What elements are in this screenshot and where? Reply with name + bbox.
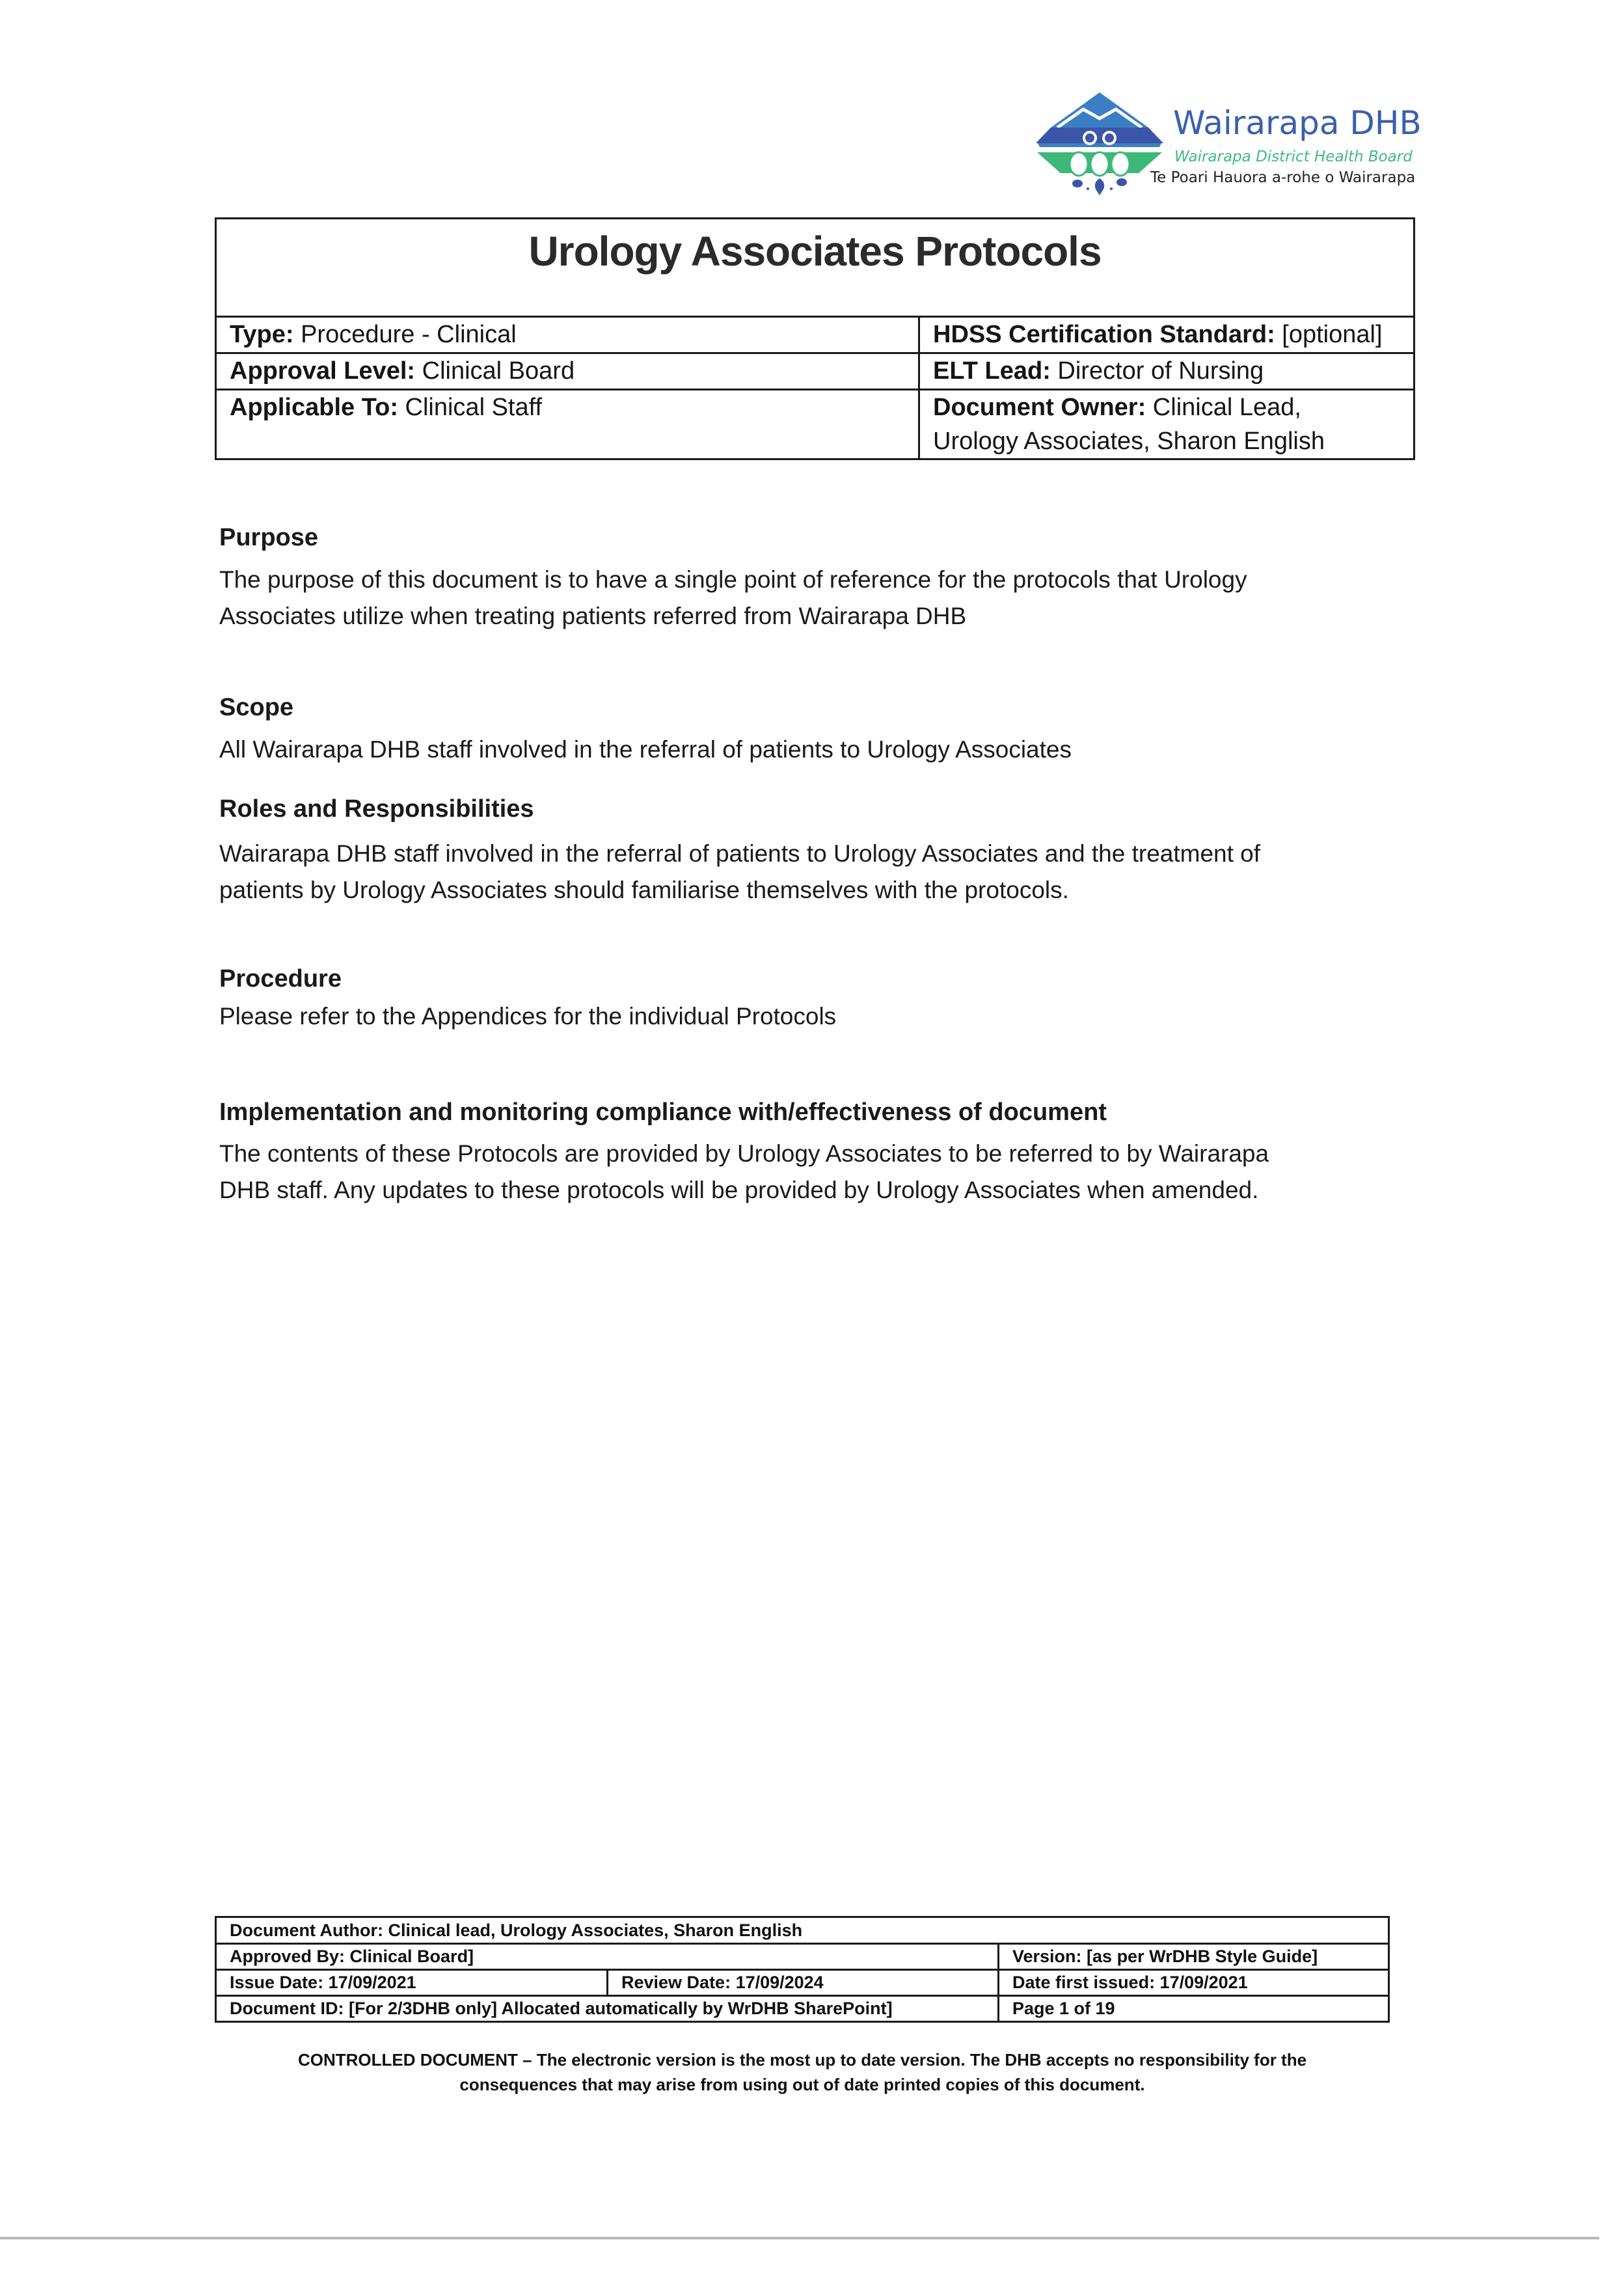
document-owner-cell: Document Owner: Clinical Lead, Urology A… bbox=[920, 390, 1325, 458]
page-edge-line bbox=[0, 2237, 1599, 2239]
logo-org-name: Wairarapa DHB bbox=[1173, 104, 1422, 142]
type-label: Type: bbox=[230, 321, 294, 348]
date-first-issued: Date first issued: 17/09/2021 bbox=[999, 1970, 1248, 1995]
title-row: Urology Associates Protocols bbox=[217, 219, 1413, 318]
page-number: Page 1 of 19 bbox=[999, 1996, 1115, 2021]
logo-maori-name: Te Poari Hauora a-rohe o Wairarapa bbox=[1150, 169, 1415, 186]
type-cell: Type: Procedure - Clinical bbox=[217, 318, 918, 351]
document-title: Urology Associates Protocols bbox=[217, 227, 1413, 275]
version: Version: [as per WrDHB Style Guide] bbox=[999, 1944, 1318, 1969]
approval-level-label: Approval Level: bbox=[230, 357, 415, 385]
controlled-document-notice: CONTROLLED DOCUMENT – The electronic ver… bbox=[215, 2047, 1390, 2097]
section-heading-roles: Roles and Responsibilities bbox=[219, 795, 534, 823]
section-text-roles: Wairarapa DHB staff involved in the refe… bbox=[219, 836, 1260, 909]
wairarapa-dhb-logo-icon bbox=[1035, 90, 1165, 197]
hdss-standard-value: [optional] bbox=[1275, 321, 1383, 348]
section-text-implementation: The contents of these Protocols are prov… bbox=[219, 1136, 1269, 1209]
text-line: The purpose of this document is to have … bbox=[219, 562, 1247, 598]
hdss-standard-cell: HDSS Certification Standard: [optional] bbox=[920, 318, 1383, 351]
section-heading-purpose: Purpose bbox=[219, 524, 318, 552]
notice-line: CONTROLLED DOCUMENT – The electronic ver… bbox=[215, 2047, 1390, 2072]
document-control-footer-table: Document Author: Clinical lead, Urology … bbox=[215, 1916, 1390, 2023]
issue-date: Issue Date: 17/09/2021 bbox=[217, 1970, 416, 1995]
approved-by: Approved By: Clinical Board] bbox=[217, 1944, 474, 1969]
document-owner-value: Clinical Lead, bbox=[1146, 394, 1301, 421]
approval-level-cell: Approval Level: Clinical Board bbox=[217, 354, 918, 388]
applicable-to-value: Clinical Staff bbox=[398, 394, 542, 421]
elt-lead-label: ELT Lead: bbox=[933, 357, 1051, 385]
section-text-purpose: The purpose of this document is to have … bbox=[219, 562, 1247, 635]
document-owner-value-line2: Urology Associates, Sharon English bbox=[933, 428, 1325, 455]
document-owner-label: Document Owner: bbox=[933, 394, 1146, 421]
section-heading-procedure: Procedure bbox=[219, 965, 342, 993]
section-text-scope: All Wairarapa DHB staff involved in the … bbox=[219, 732, 1072, 768]
logo-org-subtitle: Wairarapa District Health Board bbox=[1174, 148, 1413, 165]
text-line: DHB staff. Any updates to these protocol… bbox=[219, 1172, 1269, 1209]
section-text-procedure: Please refer to the Appendices for the i… bbox=[219, 998, 836, 1035]
approval-level-value: Clinical Board bbox=[415, 357, 575, 385]
text-line: Associates utilize when treating patient… bbox=[219, 598, 1247, 635]
text-line: Wairarapa DHB staff involved in the refe… bbox=[219, 836, 1260, 872]
notice-line: consequences that may arise from using o… bbox=[215, 2072, 1390, 2097]
hdss-standard-label: HDSS Certification Standard: bbox=[933, 321, 1275, 348]
review-date: Review Date: 17/09/2024 bbox=[608, 1970, 824, 1995]
text-line: patients by Urology Associates should fa… bbox=[219, 872, 1260, 909]
text-line: All Wairarapa DHB staff involved in the … bbox=[219, 732, 1072, 768]
section-heading-scope: Scope bbox=[219, 694, 293, 722]
section-heading-implementation: Implementation and monitoring compliance… bbox=[219, 1099, 1107, 1127]
document-author: Document Author: Clinical lead, Urology … bbox=[217, 1918, 802, 1943]
document-header-table: Urology Associates Protocols Type: Proce… bbox=[215, 217, 1415, 460]
text-line: The contents of these Protocols are prov… bbox=[219, 1136, 1269, 1172]
applicable-to-cell: Applicable To: Clinical Staff bbox=[217, 390, 918, 424]
type-value: Procedure - Clinical bbox=[294, 321, 517, 348]
document-id: Document ID: [For 2/3DHB only] Allocated… bbox=[217, 1996, 893, 2021]
elt-lead-cell: ELT Lead: Director of Nursing bbox=[920, 354, 1264, 388]
elt-lead-value: Director of Nursing bbox=[1051, 357, 1264, 385]
applicable-to-label: Applicable To: bbox=[230, 394, 398, 421]
wairarapa-dhb-logo: Wairarapa DHB Wairarapa District Health … bbox=[1035, 90, 1425, 200]
text-line: Please refer to the Appendices for the i… bbox=[219, 998, 836, 1035]
